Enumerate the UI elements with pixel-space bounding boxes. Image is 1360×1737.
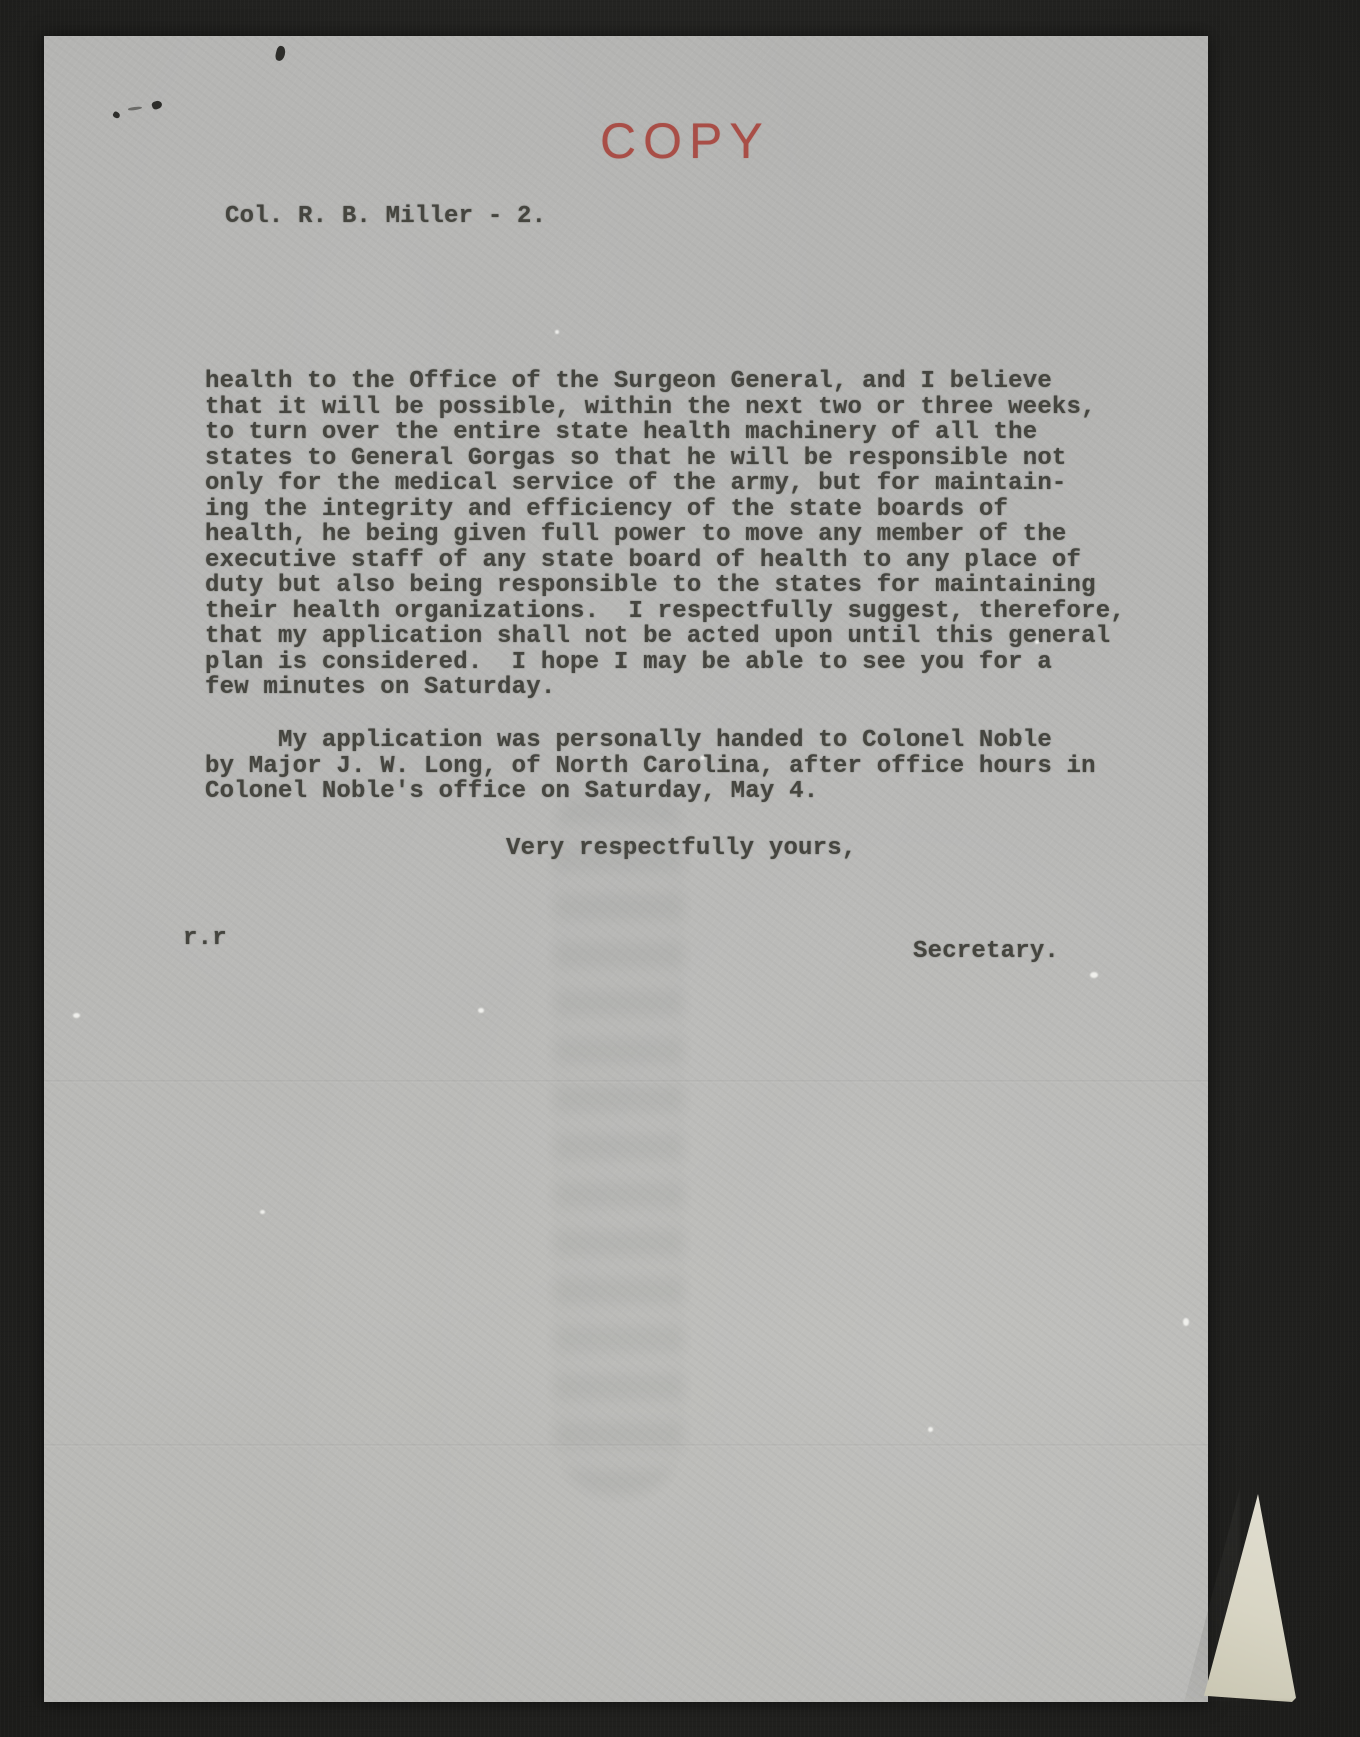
signer-title: Secretary. [913, 939, 1059, 965]
page-heading: Col. R. B. Miller - 2. [225, 204, 546, 230]
scanned-letter-page: COPY Col. R. B. Miller - 2. health to th… [0, 0, 1360, 1737]
fold-crease [44, 1080, 1208, 1083]
typist-initials: r.r [183, 926, 227, 952]
closing-line: Very respectfully yours, [506, 836, 856, 862]
body-paragraph-2: My application was personally handed to … [205, 728, 1096, 805]
bleed-through-ghost [554, 776, 684, 1496]
underlying-sheet-corner [1196, 1494, 1296, 1702]
copy-stamp: COPY [600, 112, 770, 170]
fold-crease [44, 1444, 1208, 1447]
letter-paper-sheet: COPY Col. R. B. Miller - 2. health to th… [44, 36, 1208, 1702]
body-paragraph-1: health to the Office of the Surgeon Gene… [205, 369, 1125, 701]
